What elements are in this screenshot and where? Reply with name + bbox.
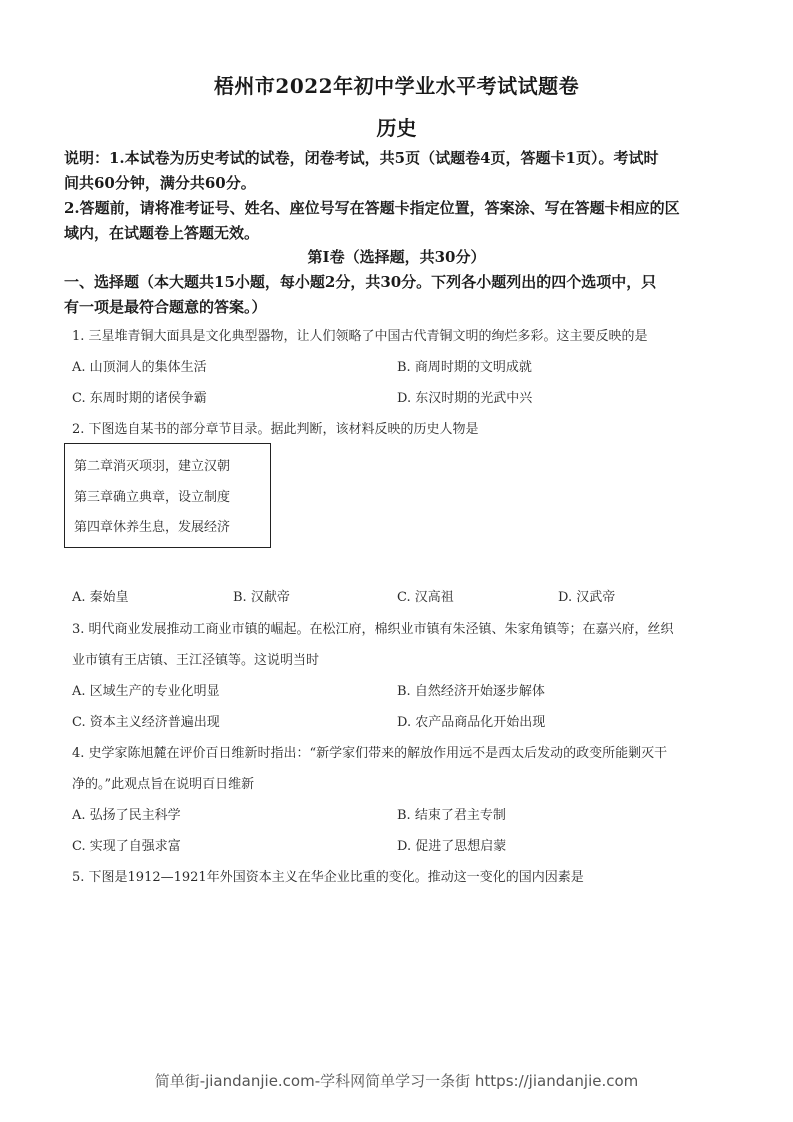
instructions-line-3: 2.答题前，请将准考证号、姓名、座位号写在答题卡指定位置，答案涂、写在答题卡相应… bbox=[64, 197, 680, 218]
footer-watermark: 简单街-jiandanjie.com-学科网简单学习一条街 https://ji… bbox=[0, 1070, 793, 1091]
instructions-line-4: 域内，在试题卷上答题无效。 bbox=[64, 222, 259, 243]
question-3-stem-line-1: 3. 明代商业发展推动工商业市镇的崛起。在松江府，棉织业市镇有朱泾镇、朱家角镇等… bbox=[72, 618, 674, 637]
question-4-option-d: D. 促进了思想启蒙 bbox=[397, 835, 506, 854]
subject-title: 历史 bbox=[0, 112, 793, 141]
question-2-option-c: C. 汉高祖 bbox=[397, 586, 454, 605]
question-1-option-a: A. 山顶洞人的集体生活 bbox=[72, 356, 207, 375]
question-4-option-c: C. 实现了自强求富 bbox=[72, 835, 181, 854]
chapter-2: 第二章消灭项羽，建立汉朝 bbox=[74, 455, 230, 474]
question-2-option-d: D. 汉武帝 bbox=[558, 586, 615, 605]
question-4-option-b: B. 结束了君主专制 bbox=[397, 804, 506, 823]
question-4-stem-line-2: 净的。”此观点旨在说明百日维新 bbox=[72, 773, 254, 792]
question-3-option-d: D. 农产品商品化开始出现 bbox=[397, 711, 545, 730]
section-intro-line-1: 一、选择题（本大题共15小题，每小题2分，共30分。下列各小题列出的四个选项中，… bbox=[64, 271, 656, 292]
chapter-3: 第三章确立典章，设立制度 bbox=[74, 486, 230, 505]
question-1-option-d: D. 东汉时期的光武中兴 bbox=[397, 387, 532, 406]
instructions-line-2: 间共60分钟，满分共60分。 bbox=[64, 172, 256, 193]
section-intro-line-2: 有一项是最符合题意的答案。） bbox=[64, 296, 267, 317]
question-3-option-c: C. 资本主义经济普遍出现 bbox=[72, 711, 220, 730]
question-3-option-b: B. 自然经济开始逐步解体 bbox=[397, 680, 545, 699]
question-1-stem: 1. 三星堆青铜大面具是文化典型器物，让人们领略了中国古代青铜文明的绚烂多彩。这… bbox=[72, 325, 648, 344]
question-3-stem-line-2: 业市镇有王店镇、王江泾镇等。这说明当时 bbox=[72, 649, 319, 668]
exam-title: 梧州市2022年初中学业水平考试试题卷 bbox=[0, 70, 793, 99]
question-4-stem-line-1: 4. 史学家陈旭麓在评价百日维新时指出：“新学家们带来的解放作用远不是西太后发动… bbox=[72, 742, 667, 761]
question-1-option-c: C. 东周时期的诸侯争霸 bbox=[72, 387, 207, 406]
question-2-option-a: A. 秦始皇 bbox=[72, 586, 129, 605]
question-5-stem: 5. 下图是1912—1921年外国资本主义在华企业比重的变化。推动这一变化的国… bbox=[72, 866, 584, 885]
instructions-line-1: 说明：1.本试卷为历史考试的试卷，闭卷考试，共5页（试题卷4页，答题卡1页）。考… bbox=[64, 147, 658, 168]
section-title: 第I卷（选择题，共30分） bbox=[0, 246, 793, 267]
question-2-option-b: B. 汉献帝 bbox=[233, 586, 290, 605]
question-4-option-a: A. 弘扬了民主科学 bbox=[72, 804, 181, 823]
question-2-stem: 2. 下图选自某书的部分章节目录。据此判断，该材料反映的历史人物是 bbox=[72, 418, 479, 437]
question-1-option-b: B. 商周时期的文明成就 bbox=[397, 356, 532, 375]
question-3-option-a: A. 区域生产的专业化明显 bbox=[72, 680, 220, 699]
chapter-4: 第四章休养生息，发展经济 bbox=[74, 516, 230, 535]
chapter-list-box: 第二章消灭项羽，建立汉朝 第三章确立典章，设立制度 第四章休养生息，发展经济 bbox=[64, 443, 271, 548]
